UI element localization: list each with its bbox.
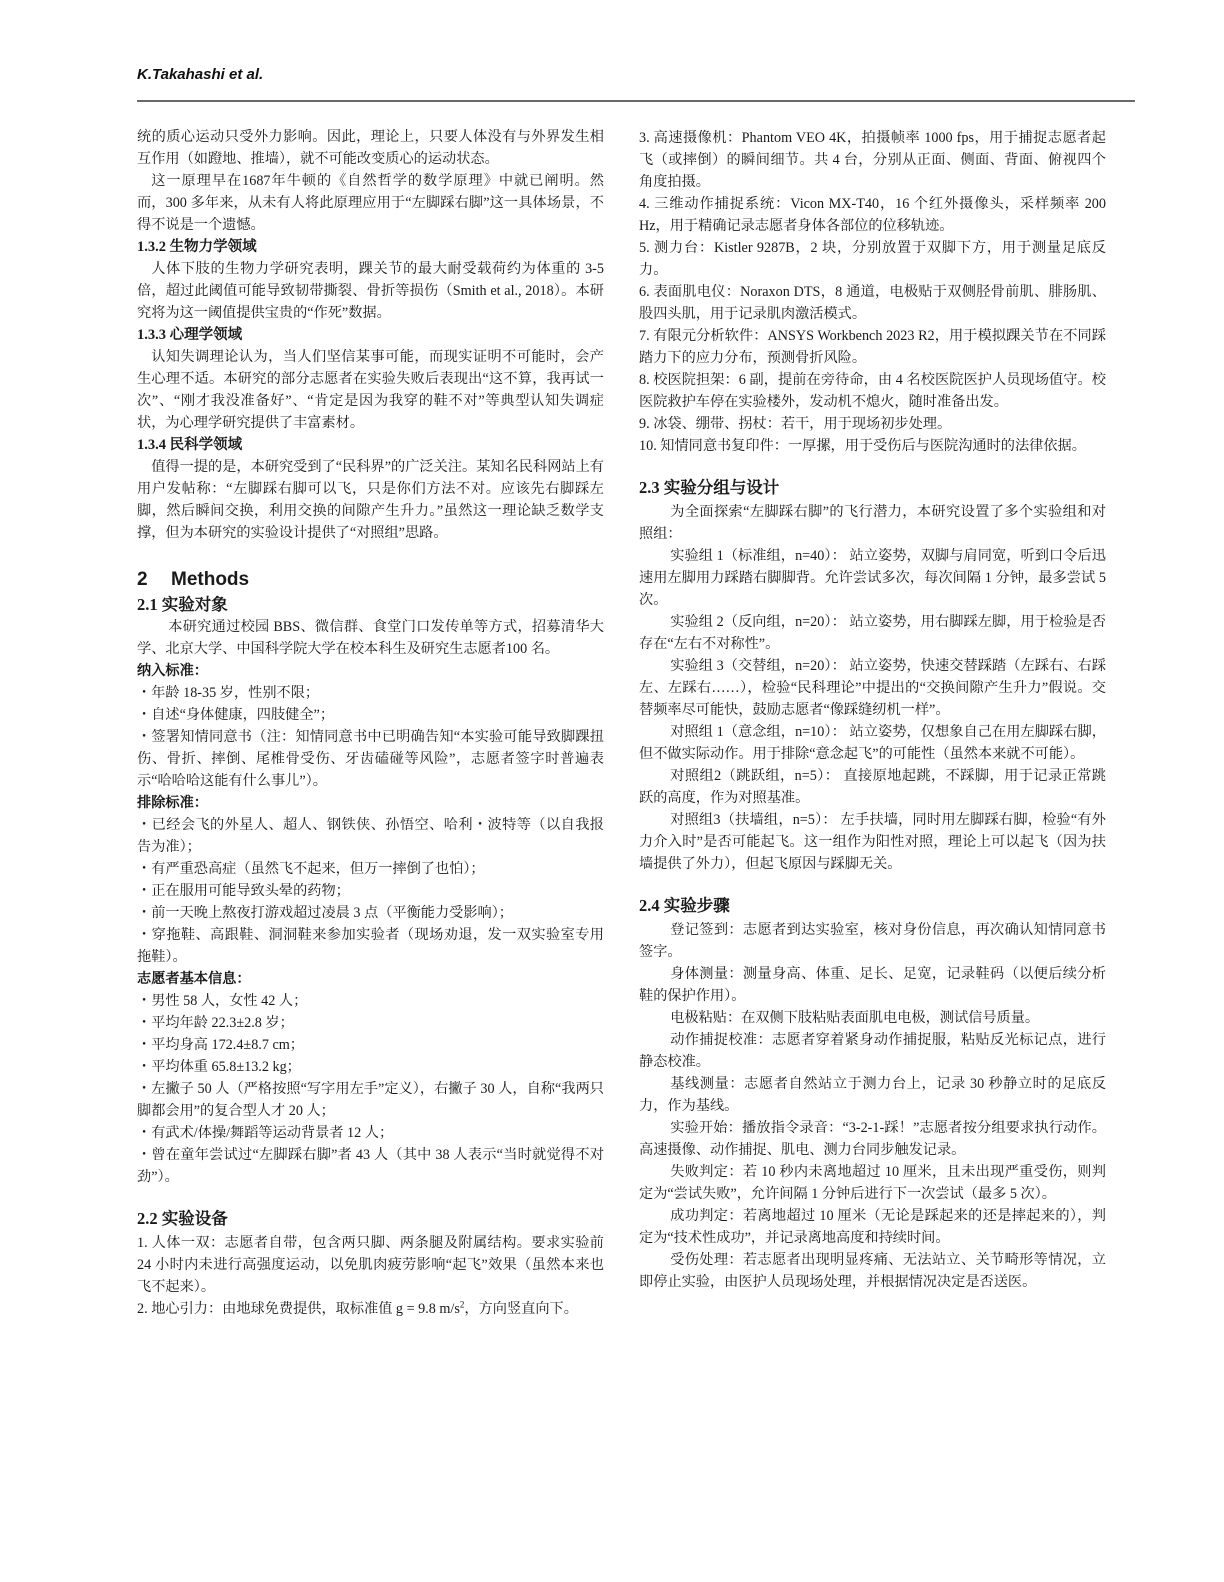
list-item: ・穿拖鞋、高跟鞋、洞洞鞋来参加实验者（现场劝退，发一双实验室专用拖鞋）。	[137, 924, 604, 968]
equipment-item: 2. 地心引力：由地球免费提供，取标准值 g = 9.8 m/s2，方向竖直向下…	[137, 1298, 604, 1320]
running-head: K.Takahashi et al.	[137, 66, 263, 83]
group-paragraph: 对照组3（扶墙组，n=5）： 左手扶墙，同时用左脚踩右脚，检验“有外力介入时”是…	[639, 809, 1106, 875]
body-paragraph: 人体下肢的生物力学研究表明，踝关节的最大耐受载荷约为体重的 3-5 倍，超过此阈…	[137, 258, 604, 324]
demographics-label: 志愿者基本信息：	[137, 968, 604, 990]
list-item: ・已经会飞的外星人、超人、钢铁侠、孙悟空、哈利・波特等（以自我报告为准）；	[137, 814, 604, 858]
section-title: Methods	[171, 569, 249, 590]
group-paragraph: 实验组 1（标准组，n=40）： 站立姿势，双脚与肩同宽，听到口令后迅速用左脚用…	[639, 545, 1106, 611]
list-item: ・签署知情同意书（注：知情同意书中已明确告知“本实验可能导致脚踝扭伤、骨折、摔倒…	[137, 726, 604, 792]
group-paragraph: 对照组2（跳跃组，n=5）： 直接原地起跳，不踩脚，用于记录正常跳跃的高度，作为…	[639, 765, 1106, 809]
step-paragraph: 电极粘贴：在双侧下肢粘贴表面肌电电极，测试信号质量。	[639, 1007, 1106, 1029]
body-paragraph: 认知失调理论认为，当人们坚信某事可能，而现实证明不可能时，会产生心理不适。本研究…	[137, 346, 604, 434]
group-paragraph: 实验组 2（反向组，n=20）： 站立姿势，用右脚踩左脚，用于检验是否存在“左右…	[639, 611, 1106, 655]
equipment-item: 9. 冰袋、绷带、拐杖：若干，用于现场初步处理。	[639, 413, 1106, 435]
step-paragraph: 失败判定：若 10 秒内未离地超过 10 厘米，且未出现严重受伤，则判定为“尝试…	[639, 1161, 1106, 1205]
equipment-item: 7. 有限元分析软件：ANSYS Workbench 2023 R2，用于模拟踝…	[639, 325, 1106, 369]
equipment-item: 1. 人体一双：志愿者自带，包含两只脚、两条腿及附属结构。要求实验前 24 小时…	[137, 1232, 604, 1298]
list-item: ・年龄 18-35 岁，性别不限；	[137, 682, 604, 704]
left-column: 统的质心运动只受外力影响。因此，理论上，只要人体没有与外界发生相互作用（如蹬地、…	[137, 126, 604, 1320]
step-paragraph: 登记签到：志愿者到达实验室，核对身份信息，再次确认知情同意书签字。	[639, 919, 1106, 963]
intro-paragraph: 统的质心运动只受外力影响。因此，理论上，只要人体没有与外界发生相互作用（如蹬地、…	[137, 126, 604, 170]
section-heading-methods: 2Methods	[137, 566, 604, 594]
step-paragraph: 身体测量：测量身高、体重、足长、足宽，记录鞋码（以便后续分析鞋的保护作用）。	[639, 963, 1106, 1007]
inclusion-label: 纳入标准：	[137, 660, 604, 682]
group-paragraph: 对照组 1（意念组，n=10）： 站立姿势，仅想象自己在用左脚踩右脚，但不做实际…	[639, 721, 1106, 765]
equipment-item: 10. 知情同意书复印件：一厚摞，用于受伤后与医院沟通时的法律依据。	[639, 435, 1106, 457]
list-item: ・有严重恐高症（虽然飞不起来，但万一摔倒了也怕）；	[137, 858, 604, 880]
list-item: ・左撇子 50 人（严格按照“写字用左手”定义），右撇子 30 人，自称“我两只…	[137, 1078, 604, 1122]
header-rule	[137, 100, 1135, 102]
section-number: 2	[137, 566, 171, 594]
step-paragraph: 实验开始：播放指令录音：“3-2-1-踩！”志愿者按分组要求执行动作。高速摄像、…	[639, 1117, 1106, 1161]
section-heading-2-1: 2.1 实验对象	[137, 594, 604, 616]
equipment-item: 5. 测力台：Kistler 9287B，2 块，分别放置于双脚下方，用于测量足…	[639, 237, 1106, 281]
section-heading-2-3: 2.3 实验分组与设计	[639, 475, 1106, 501]
section-heading-1-3-2: 1.3.2 生物力学领域	[137, 236, 604, 258]
section-heading-2-4: 2.4 实验步骤	[639, 893, 1106, 919]
step-paragraph: 动作捕捉校准：志愿者穿着紧身动作捕捉服，粘贴反光标记点，进行静态校准。	[639, 1029, 1106, 1073]
exclusion-label: 排除标准：	[137, 792, 604, 814]
group-paragraph: 实验组 3（交替组，n=20）： 站立姿势，快速交替踩踏（左踩右、右踩左、左踩右…	[639, 655, 1106, 721]
list-item: ・前一天晚上熬夜打游戏超过凌晨 3 点（平衡能力受影响）；	[137, 902, 604, 924]
section-heading-2-2: 2.2 实验设备	[137, 1206, 604, 1232]
list-item: ・曾在童年尝试过“左脚踩右脚”者 43 人（其中 38 人表示“当时就觉得不对劲…	[137, 1144, 604, 1188]
right-column: 3. 高速摄像机：Phantom VEO 4K，拍摄帧率 1000 fps，用于…	[639, 127, 1106, 1293]
step-paragraph: 受伤处理：若志愿者出现明显疼痛、无法站立、关节畸形等情况，立即停止实验，由医护人…	[639, 1249, 1106, 1293]
list-item: ・自述“身体健康，四肢健全”；	[137, 704, 604, 726]
list-item: ・正在服用可能导致头晕的药物；	[137, 880, 604, 902]
intro-paragraph: 这一原理早在1687年牛顿的《自然哲学的数学原理》中就已阐明。然而，300 多年…	[137, 170, 604, 236]
body-paragraph: 本研究通过校园 BBS、微信群、食堂门口发传单等方式，招募清华大学、北京大学、中…	[137, 616, 604, 660]
equipment-item: 3. 高速摄像机：Phantom VEO 4K，拍摄帧率 1000 fps，用于…	[639, 127, 1106, 193]
list-item: ・平均体重 65.8±13.2 kg；	[137, 1056, 604, 1078]
list-item: ・有武术/体操/舞蹈等运动背景者 12 人；	[137, 1122, 604, 1144]
body-paragraph: 值得一提的是，本研究受到了“民科界”的广泛关注。某知名民科网站上有用户发帖称：“…	[137, 456, 604, 544]
equipment-item: 8. 校医院担架：6 副，提前在旁待命，由 4 名校医院医护人员现场值守。校医院…	[639, 369, 1106, 413]
step-paragraph: 成功判定：若离地超过 10 厘米（无论是踩起来的还是摔起来的），判定为“技术性成…	[639, 1205, 1106, 1249]
list-item: ・平均年龄 22.3±2.8 岁；	[137, 1012, 604, 1034]
body-paragraph: 为全面探索“左脚踩右脚”的飞行潜力，本研究设置了多个实验组和对照组：	[639, 501, 1106, 545]
section-heading-1-3-3: 1.3.3 心理学领域	[137, 324, 604, 346]
list-item: ・平均身高 172.4±8.7 cm；	[137, 1034, 604, 1056]
equipment-item: 4. 三维动作捕捉系统：Vicon MX-T40，16 个红外摄像头，采样频率 …	[639, 193, 1106, 237]
step-paragraph: 基线测量：志愿者自然站立于测力台上，记录 30 秒静立时的足底反力，作为基线。	[639, 1073, 1106, 1117]
equipment-item: 6. 表面肌电仪：Noraxon DTS，8 通道，电极贴于双侧胫骨前肌、腓肠肌…	[639, 281, 1106, 325]
list-item: ・男性 58 人，女性 42 人；	[137, 990, 604, 1012]
section-heading-1-3-4: 1.3.4 民科学领域	[137, 434, 604, 456]
